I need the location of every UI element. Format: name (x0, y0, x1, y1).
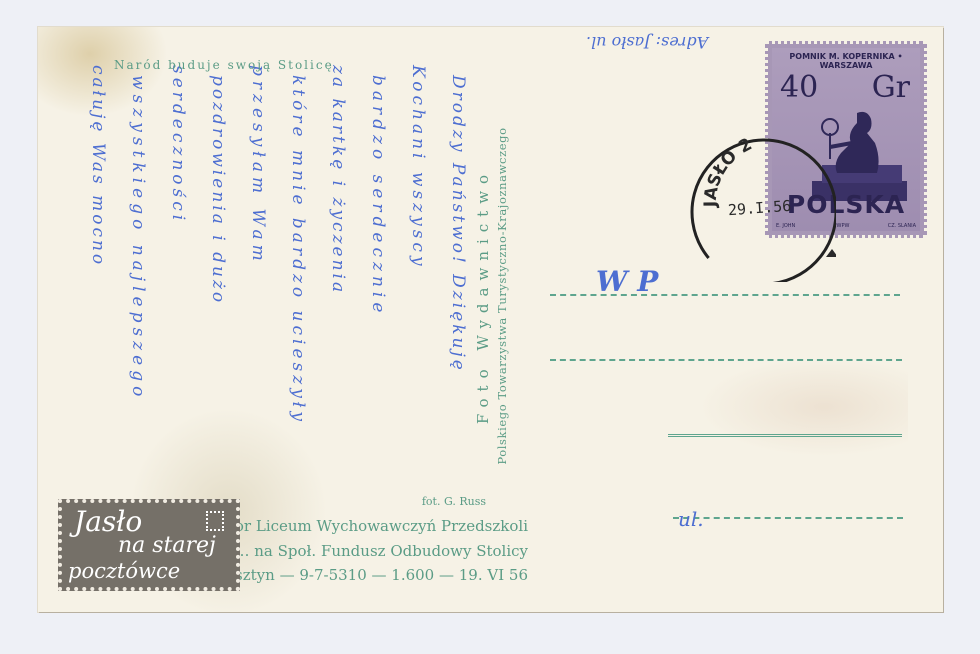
stamp-value: 40 (780, 70, 818, 105)
printed-motto: Naród buduje swoją Stolicę (114, 58, 334, 72)
address-line (673, 517, 903, 519)
handwritten-line: Kochani wszyscy (408, 65, 428, 270)
badge-line-2: na starej (118, 533, 216, 558)
publisher-line-2: Polskiego Towarzystwa Turystyczno-Krajoz… (494, 116, 510, 476)
handwritten-line: wszystkiego najlepszego (128, 75, 148, 401)
address-line (668, 434, 902, 437)
publisher-line-1: Foto Wydawnictwo (472, 116, 494, 476)
handwritten-line: za kartkę i życzenia (328, 65, 348, 295)
handwritten-line: Drodzy Państwo! Dziękuję (448, 75, 468, 373)
address-line (550, 359, 902, 361)
postcard-back: Adres: Jasło ul. Drodzy Państwo! Dziękuj… (38, 27, 943, 612)
publisher-imprint: Foto Wydawnictwo Polskiego Towarzystwa T… (472, 116, 510, 476)
handwritten-initials: W P (596, 265, 658, 298)
handwritten-line: bardzo serdecznie (368, 75, 388, 317)
svg-text:JASŁO 2: JASŁO 2 (701, 134, 756, 208)
handwritten-line: które mnie bardzo ucieszyły (288, 75, 308, 425)
watermark-badge: Jasło na starej pocztówce (58, 499, 240, 591)
handwritten-line: całuję Was mocno (88, 65, 108, 267)
handwritten-line: pozdrowienia i dużo (208, 75, 228, 305)
handwritten-street: ul. (678, 507, 704, 531)
handwritten-address-header: Adres: Jasło ul. (586, 33, 708, 52)
stamp-credit: CZ. SLANIA (888, 223, 916, 229)
stamp-title: POMNIK M. KOPERNIKA • WARSZAWA (772, 52, 920, 70)
stamp-outline-icon (206, 511, 224, 531)
handwritten-line: przesyłam Wam (248, 65, 268, 266)
badge-line-3: pocztówce (68, 559, 180, 583)
handwritten-line: serdeczności (168, 65, 188, 224)
stamp-unit: Gr (872, 70, 910, 105)
stain (698, 357, 908, 457)
